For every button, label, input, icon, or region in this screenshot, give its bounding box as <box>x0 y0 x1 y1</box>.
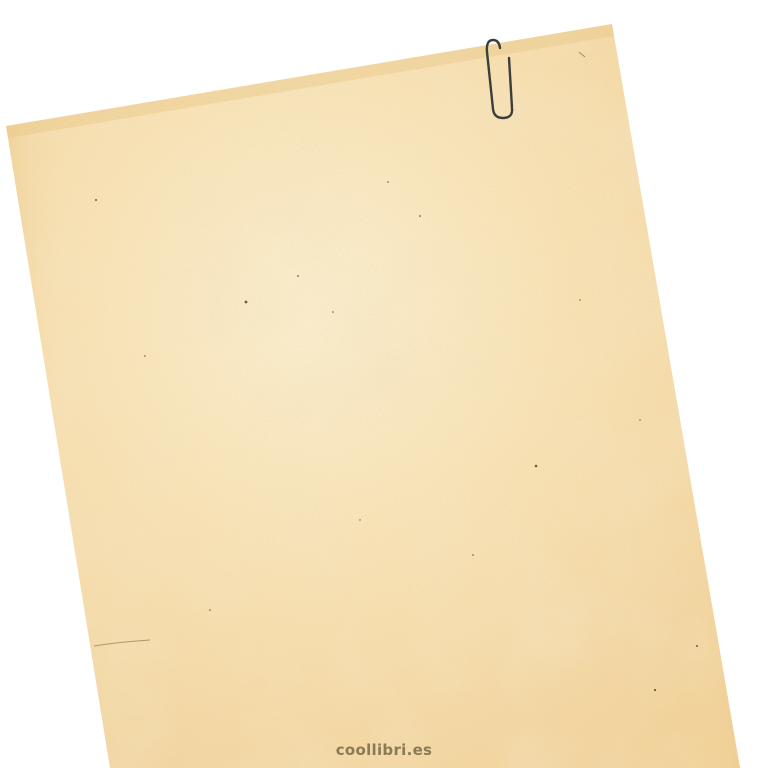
watermark: coollibri.es <box>0 741 768 759</box>
paper-sheet <box>0 0 768 768</box>
canvas: coollibri.es <box>0 0 768 768</box>
paper-illustration <box>0 0 768 768</box>
